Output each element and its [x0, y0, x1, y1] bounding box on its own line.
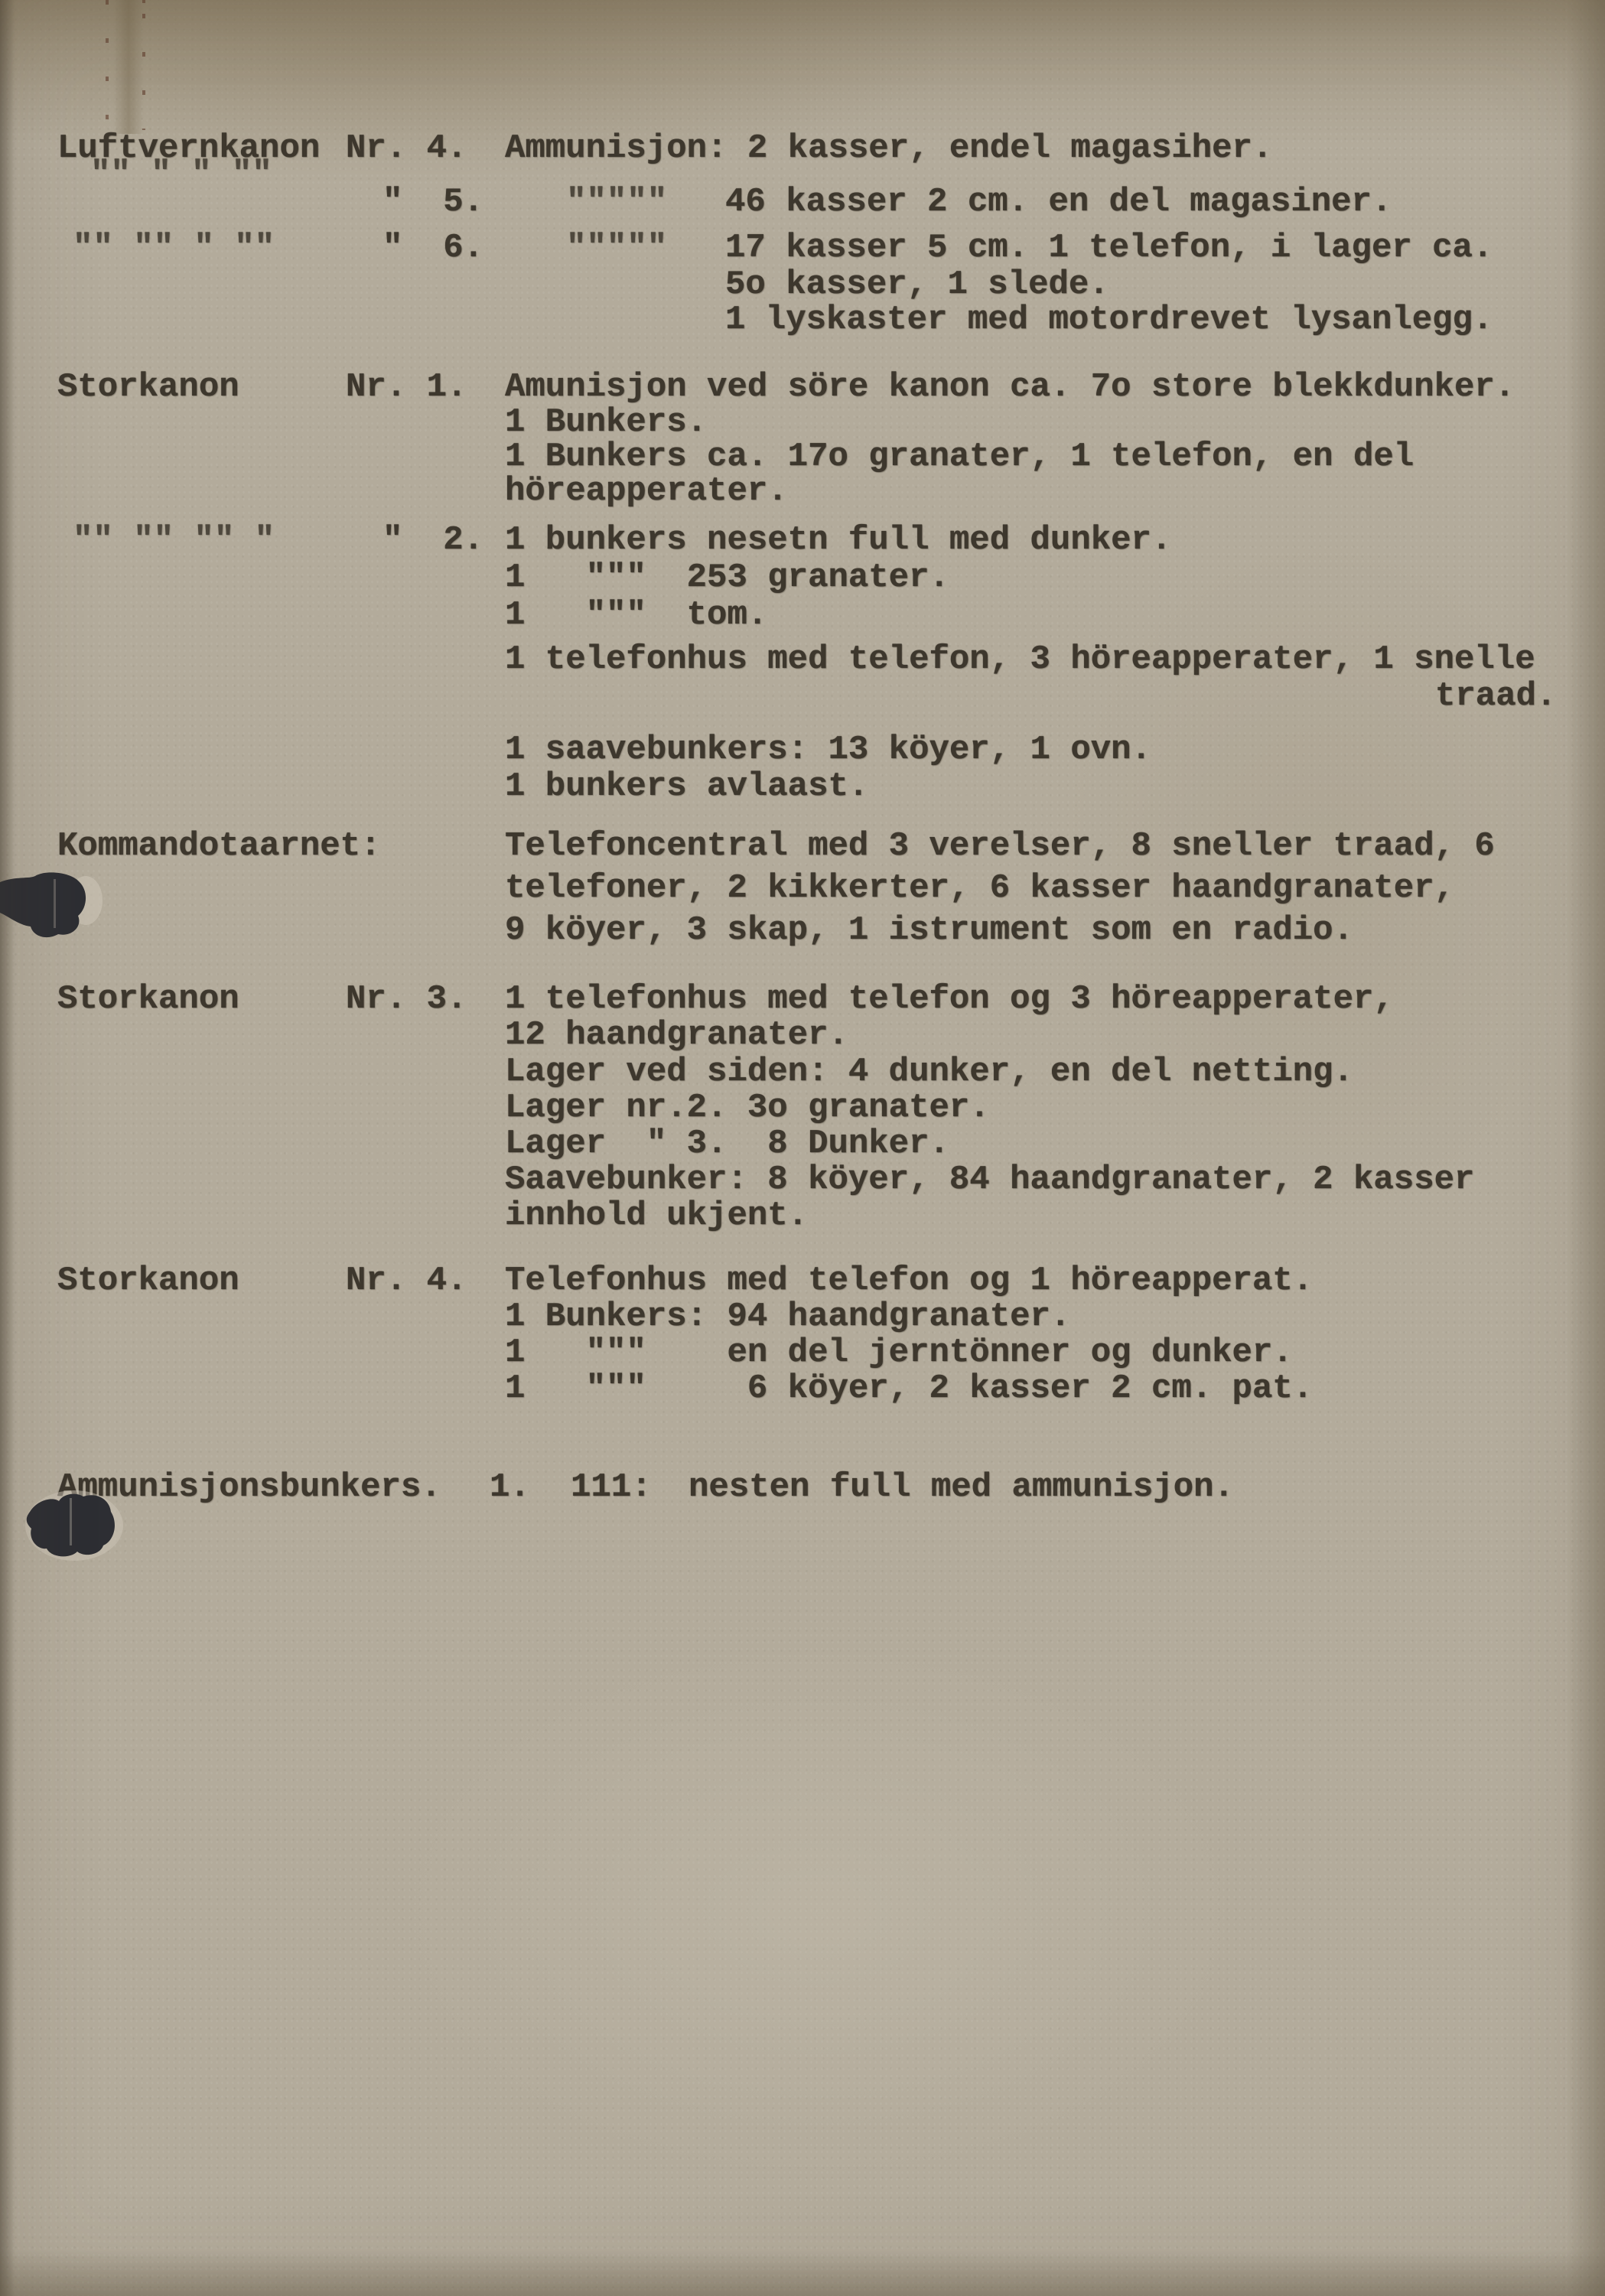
page-vignette	[0, 0, 1605, 2296]
scanned-typewritten-document: Luftvernkanon Nr. 4. Ammunisjon: 2 kasse…	[0, 0, 1605, 2296]
